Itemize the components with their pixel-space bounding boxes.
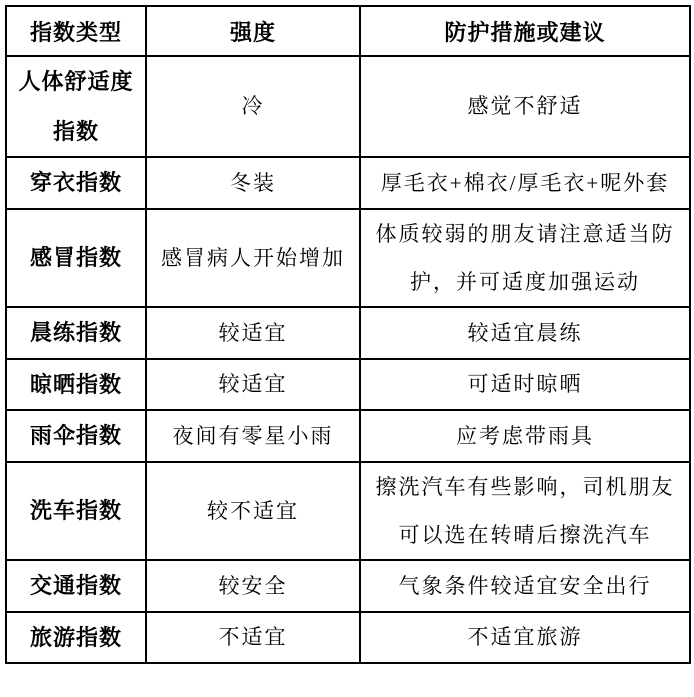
strength-cell: 感冒病人开始增加	[146, 209, 360, 308]
table-row: 交通指数 较安全 气象条件较适宜安全出行	[6, 560, 690, 612]
advice-cell: 较适宜晨练	[360, 307, 690, 359]
table-row: 人体舒适度指数 冷 感觉不舒适	[6, 56, 690, 157]
advice-cell: 可适时晾晒	[360, 359, 690, 411]
advice-cell: 体质较弱的朋友请注意适当防护，并可适度加强运动	[360, 209, 690, 308]
strength-cell: 较安全	[146, 560, 360, 612]
index-type-cell: 旅游指数	[6, 612, 146, 664]
weather-index-table: 指数类型 强度 防护措施或建议 人体舒适度指数 冷 感觉不舒适 穿衣指数 冬装 …	[5, 5, 691, 664]
advice-cell: 擦洗汽车有些影响，司机朋友可以选在转晴后擦洗汽车	[360, 462, 690, 561]
strength-cell: 冷	[146, 56, 360, 157]
table-row: 旅游指数 不适宜 不适宜旅游	[6, 612, 690, 664]
advice-cell: 应考虑带雨具	[360, 410, 690, 462]
strength-cell: 较不适宜	[146, 462, 360, 561]
header-cell-advice: 防护措施或建议	[360, 6, 690, 56]
index-type-cell: 晾晒指数	[6, 359, 146, 411]
table-row: 穿衣指数 冬装 厚毛衣+棉衣/厚毛衣+呢外套	[6, 157, 690, 209]
header-cell-index-type: 指数类型	[6, 6, 146, 56]
table-row: 晨练指数 较适宜 较适宜晨练	[6, 307, 690, 359]
strength-cell: 冬装	[146, 157, 360, 209]
index-type-cell: 穿衣指数	[6, 157, 146, 209]
index-type-cell: 交通指数	[6, 560, 146, 612]
index-type-cell: 人体舒适度指数	[6, 56, 146, 157]
advice-cell: 感觉不舒适	[360, 56, 690, 157]
table-row: 感冒指数 感冒病人开始增加 体质较弱的朋友请注意适当防护，并可适度加强运动	[6, 209, 690, 308]
index-type-cell: 雨伞指数	[6, 410, 146, 462]
weather-index-page: 指数类型 强度 防护措施或建议 人体舒适度指数 冷 感觉不舒适 穿衣指数 冬装 …	[0, 0, 694, 697]
table-row: 雨伞指数 夜间有零星小雨 应考虑带雨具	[6, 410, 690, 462]
index-type-cell: 洗车指数	[6, 462, 146, 561]
strength-cell: 不适宜	[146, 612, 360, 664]
header-cell-strength: 强度	[146, 6, 360, 56]
table-row: 晾晒指数 较适宜 可适时晾晒	[6, 359, 690, 411]
index-type-cell: 晨练指数	[6, 307, 146, 359]
table-row: 洗车指数 较不适宜 擦洗汽车有些影响，司机朋友可以选在转晴后擦洗汽车	[6, 462, 690, 561]
advice-cell: 不适宜旅游	[360, 612, 690, 664]
table-body: 人体舒适度指数 冷 感觉不舒适 穿衣指数 冬装 厚毛衣+棉衣/厚毛衣+呢外套 感…	[6, 56, 690, 663]
strength-cell: 夜间有零星小雨	[146, 410, 360, 462]
header-row: 指数类型 强度 防护措施或建议	[6, 6, 690, 56]
strength-cell: 较适宜	[146, 359, 360, 411]
index-type-cell: 感冒指数	[6, 209, 146, 308]
advice-cell: 厚毛衣+棉衣/厚毛衣+呢外套	[360, 157, 690, 209]
advice-cell: 气象条件较适宜安全出行	[360, 560, 690, 612]
strength-cell: 较适宜	[146, 307, 360, 359]
